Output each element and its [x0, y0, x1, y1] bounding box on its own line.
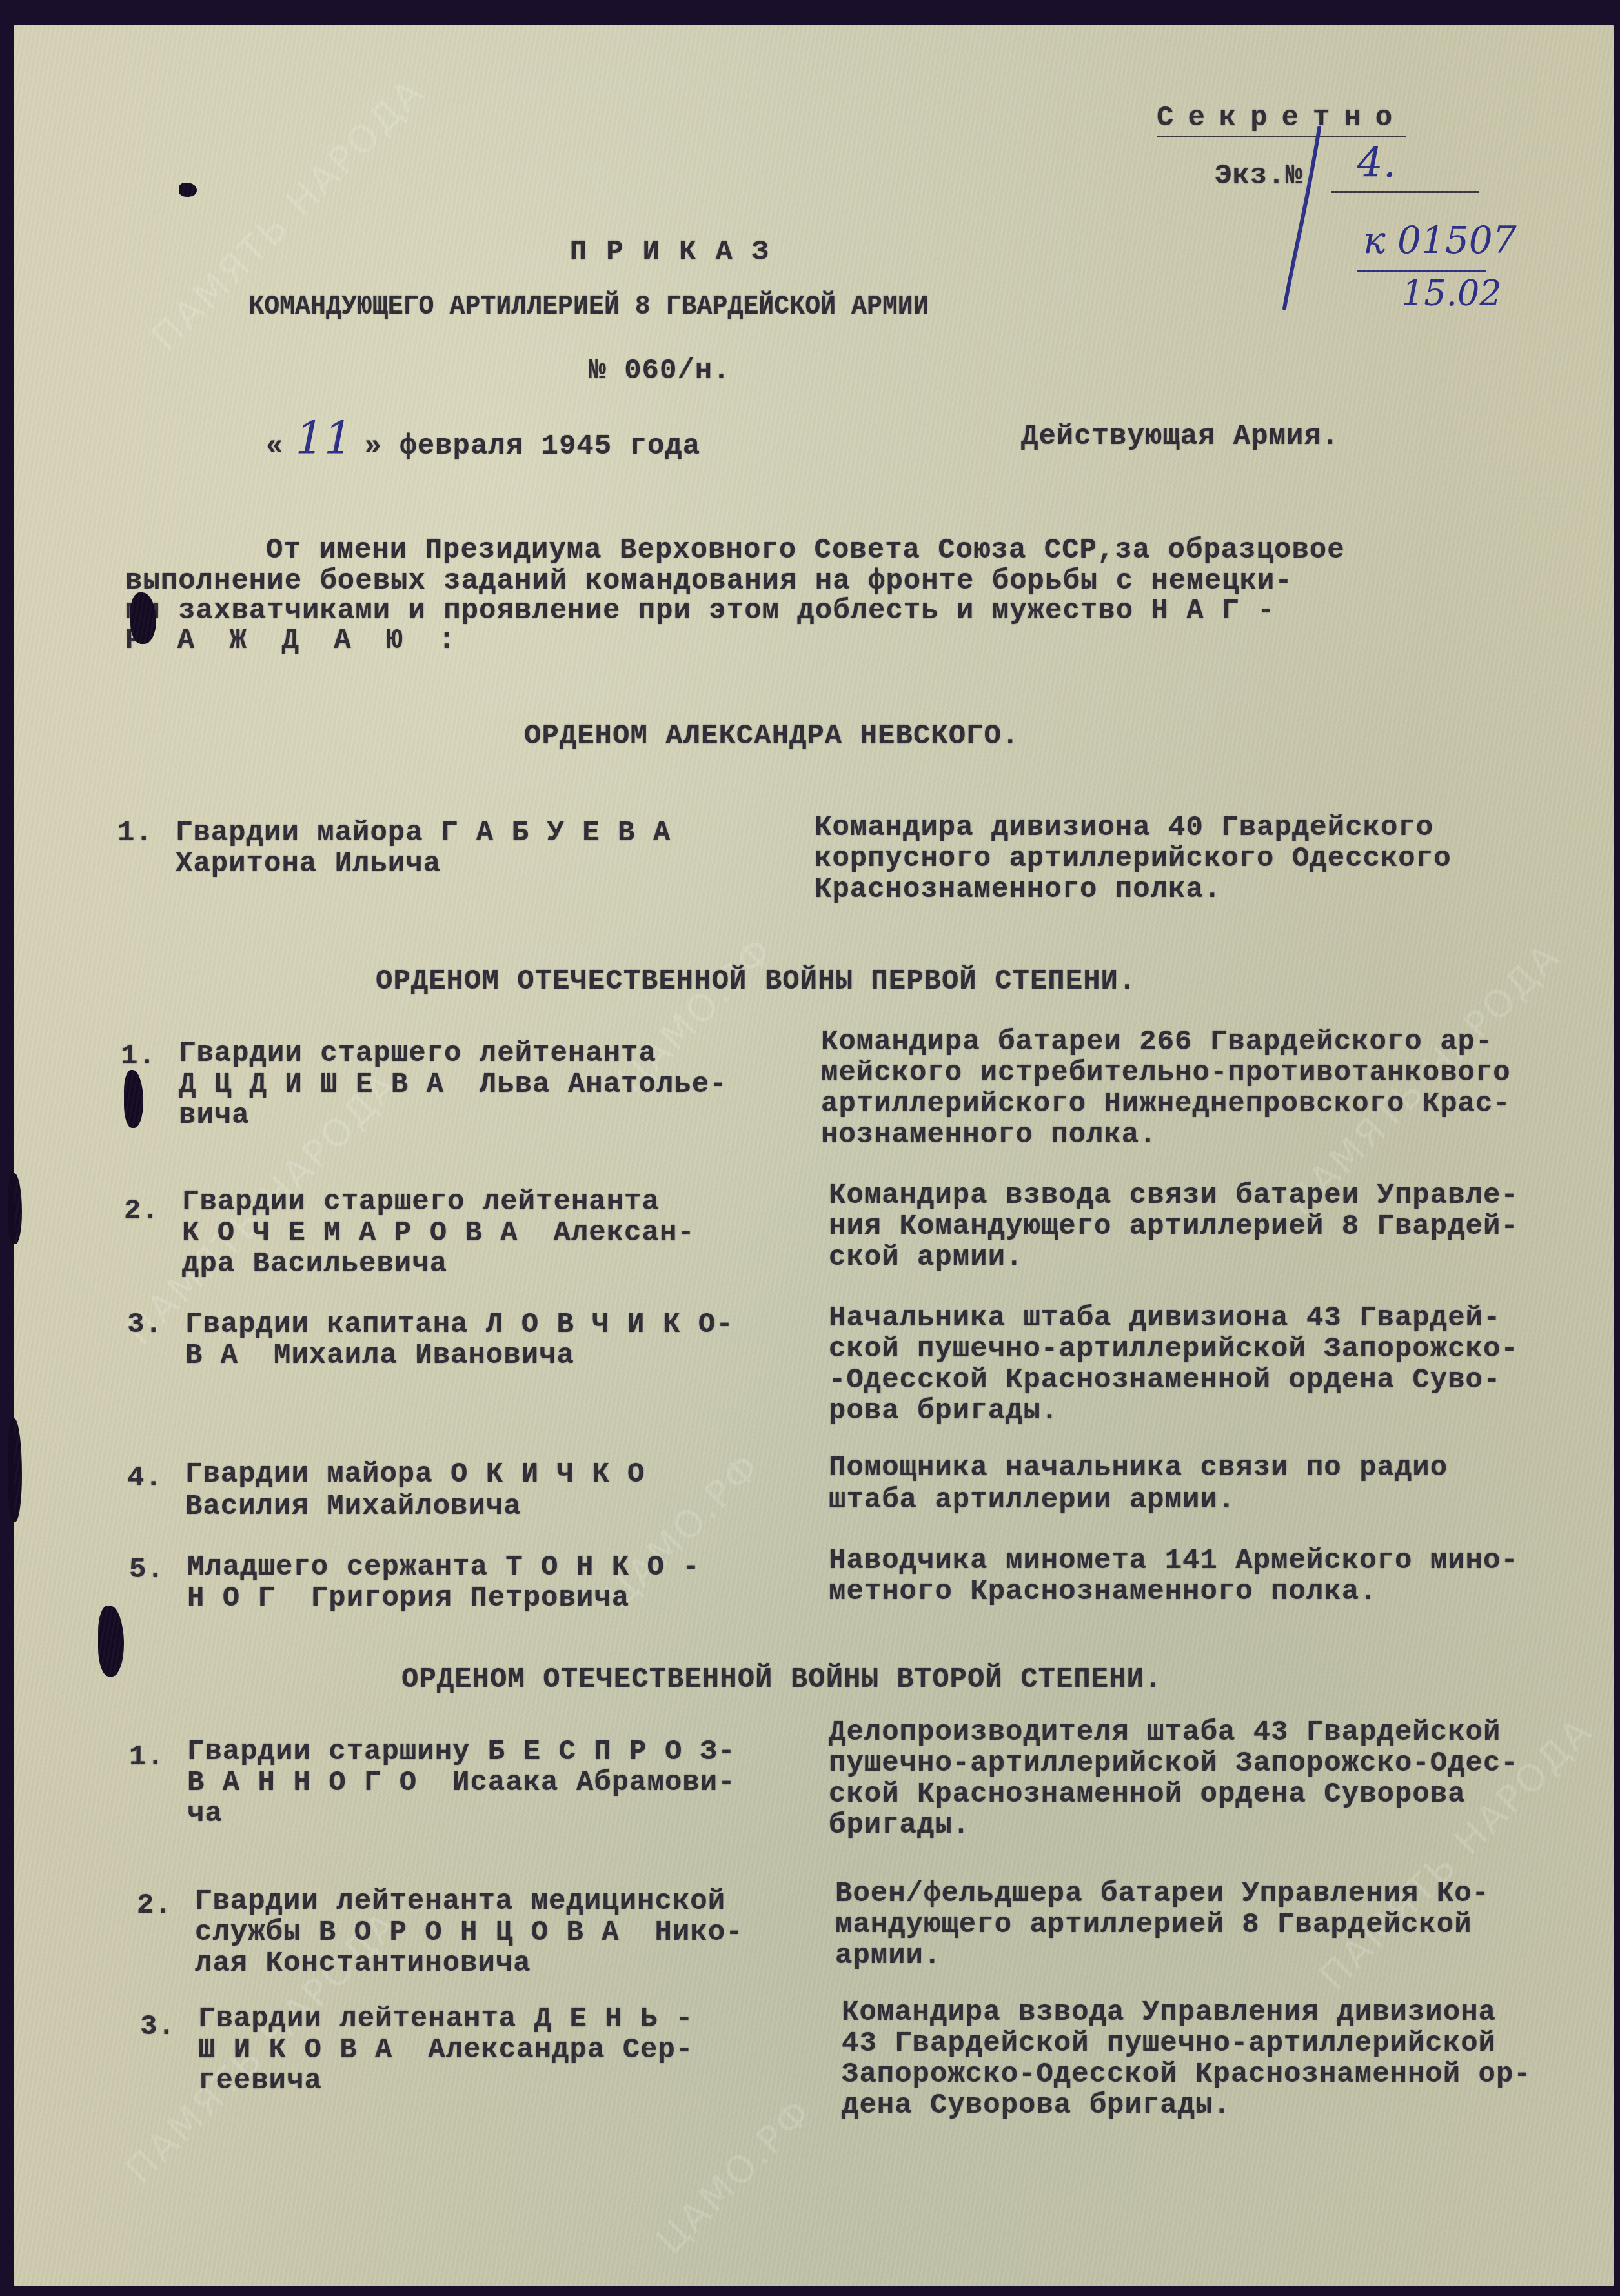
preamble-line-2: выполнение боевых заданий командования н…: [125, 565, 1293, 598]
entry-name-line: К О Ч Е М А Р О В А Алексан-: [182, 1217, 695, 1249]
entry-number: 1.: [117, 817, 153, 849]
preamble-line-1: От имени Президиума Верховного Совета Со…: [266, 534, 1345, 567]
section-heading-nevsky: ОРДЕНОМ АЛЕКСАНДРА НЕВСКОГО.: [524, 720, 1019, 752]
watermark: ЦАМО.РФ: [648, 2090, 822, 2263]
preamble-line-3: ми захватчиками и проявление при этом до…: [125, 595, 1275, 627]
entry-name-line: Ш И К О В А Александра Сер-: [198, 2034, 693, 2066]
entry-name-line: Василия Михайловича: [185, 1491, 521, 1523]
entry-number: 2.: [137, 1889, 172, 1922]
date-day-handwritten: 11: [295, 412, 352, 465]
date-rest: » февраля 1945 года: [364, 430, 700, 463]
registry-underline: [1357, 270, 1486, 272]
entry-position-line: нознаменного полка.: [821, 1119, 1157, 1151]
order-number: № 060/н.: [14, 355, 1305, 387]
section-heading-patriotic-war-1: ОРДЕНОМ ОТЕЧЕСТВЕННОЙ ВОЙНЫ ПЕРВОЙ СТЕПЕ…: [376, 965, 1136, 998]
document-page: ПАМЯТЬ НАРОДА ЦАМО.РФ ПАМЯТЬ НАРОДА ПАМЯ…: [14, 25, 1614, 2286]
entry-position-line: пушечно-артиллерийской Запорожско-Одес-: [829, 1747, 1519, 1780]
entry-number: 1.: [121, 1040, 156, 1072]
paper-hole: [98, 1606, 124, 1677]
entry-position-line: Командира взвода связи батареи Управле-: [829, 1180, 1519, 1212]
entry-number: 3.: [140, 2011, 176, 2043]
entry-name-line: Н О Г Григория Петровича: [187, 1582, 629, 1615]
entry-name-line: Гвардии капитана Л О В Ч И К О-: [185, 1309, 734, 1341]
entry-position-line: Командира батареи 266 Гвардейского ар-: [821, 1026, 1493, 1058]
entry-name-line: вича: [179, 1100, 250, 1132]
entry-position-line: бригады.: [829, 1809, 970, 1842]
entry-position-line: ской армии.: [829, 1242, 1023, 1274]
entry-name-line: ча: [187, 1798, 223, 1830]
entry-name-line: Гвардии майора Г А Б У Е В А: [176, 817, 671, 849]
entry-position-line: Воен/фельдшера батареи Управления Ко-: [835, 1878, 1490, 1910]
entry-position-line: -Одесской Краснознаменной ордена Суво-: [829, 1364, 1501, 1396]
entry-position-line: Запорожско-Одесской Краснознаменной ор-: [842, 2059, 1532, 2091]
entry-name-line: В А Н Н О Г О Исаака Абрамови-: [187, 1767, 736, 1799]
document-type-title: ПРИКАЗ: [14, 236, 1344, 268]
entry-position-line: корпусного артиллерийского Одесского: [815, 843, 1452, 875]
entry-position-line: 43 Гвардейской пушечно-артиллерийской: [842, 2028, 1496, 2060]
entry-name-line: геевича: [198, 2065, 322, 2097]
handwritten-stroke: [1279, 121, 1331, 315]
preamble-line-4: Р А Ж Д А Ю :: [125, 625, 464, 657]
paper-edge-tear: [8, 1173, 22, 1244]
entry-name-line: Гвардии старшего лейтенанта: [182, 1186, 660, 1218]
entry-position-line: Краснознаменного полка.: [815, 874, 1221, 906]
entry-number: 5.: [129, 1554, 165, 1586]
paper-edge-tear: [8, 1418, 22, 1522]
entry-name-line: В А Михаила Ивановича: [185, 1340, 574, 1372]
entry-name-line: Гвардии лейтенанта Д Е Н Ь -: [198, 2003, 693, 2035]
entry-position-line: дена Суворова бригады.: [842, 2090, 1231, 2122]
copy-number-handwritten: 4.: [1357, 139, 1396, 187]
entry-position-line: Командира взвода Управления дивизиона: [842, 1997, 1496, 2029]
entry-position-line: Командира дивизиона 40 Гвардейского: [815, 812, 1433, 844]
entry-name-line: Д Ц Д И Ш Е В А Льва Анатолье-: [179, 1069, 727, 1101]
entry-position-line: рова бригады.: [829, 1395, 1058, 1427]
entry-position-line: ния Командующего артиллерией 8 Гвардей-: [829, 1211, 1519, 1243]
entry-position-line: Начальника штаба дивизиона 43 Гвардей-: [829, 1302, 1501, 1334]
copy-number-line: [1331, 191, 1479, 193]
registry-date: 15.02: [1402, 273, 1502, 314]
date-line: « 11 » февраля 1945 года: [266, 412, 700, 465]
entry-position-line: артиллерийского Нижнеднепровского Крас-: [821, 1088, 1511, 1120]
registry-number: к 01507: [1363, 218, 1517, 262]
entry-name-line: дра Васильевича: [182, 1248, 447, 1280]
entry-name-line: Харитона Ильича: [176, 848, 441, 880]
entry-number: 4.: [127, 1462, 163, 1495]
entry-position-line: Наводчика миномета 141 Армейского мино-: [829, 1545, 1519, 1577]
entry-position-line: армии.: [835, 1940, 941, 1972]
entry-name-line: службы В О Р О Н Ц О В А Нико-: [195, 1917, 744, 1949]
paper-hole: [179, 183, 197, 197]
issuer-title: КОМАНДУЮЩЕГО АРТИЛЛЕРИЕЙ 8 ГВАРДЕЙСКОЙ А…: [43, 290, 1135, 323]
entry-position-line: мандующего артиллерией 8 Гвардейской: [835, 1909, 1472, 1941]
entry-number: 1.: [129, 1741, 165, 1773]
entry-name-line: Гвардии майора О К И Ч К О: [185, 1458, 645, 1491]
entry-name-line: Гвардии лейтенанта медицинской: [195, 1886, 725, 1918]
entry-name-line: Гвардии старшину Б Е С П Р О З-: [187, 1736, 736, 1768]
entry-name-line: Младшего сержанта Т О Н К О -: [187, 1551, 700, 1584]
place-line: Действующая Армия.: [1021, 421, 1339, 453]
entry-name-line: Гвардии старшего лейтенанта: [179, 1038, 656, 1070]
entry-position-line: метного Краснознаменного полка.: [829, 1576, 1377, 1608]
entry-number: 2.: [124, 1195, 159, 1227]
section-heading-patriotic-war-2: ОРДЕНОМ ОТЕЧЕСТВЕННОЙ ВОЙНЫ ВТОРОЙ СТЕПЕ…: [401, 1664, 1162, 1696]
entry-position-line: Делопроизводителя штаба 43 Гвардейской: [829, 1717, 1501, 1749]
entry-position-line: ской Краснознаменной ордена Суворова: [829, 1778, 1466, 1811]
entry-position-line: мейского истребительно-противотанкового: [821, 1057, 1511, 1089]
entry-position-line: ской пушечно-артиллерийской Запорожско-: [829, 1333, 1519, 1365]
paper-hole: [124, 1070, 143, 1128]
entry-name-line: лая Константиновича: [195, 1948, 531, 1980]
entry-number: 3.: [127, 1309, 163, 1341]
date-open-quote: «: [266, 430, 283, 463]
entry-position-line: штаба артиллерии армии.: [829, 1484, 1235, 1516]
entry-position-line: Помощника начальника связи по радио: [829, 1452, 1448, 1484]
